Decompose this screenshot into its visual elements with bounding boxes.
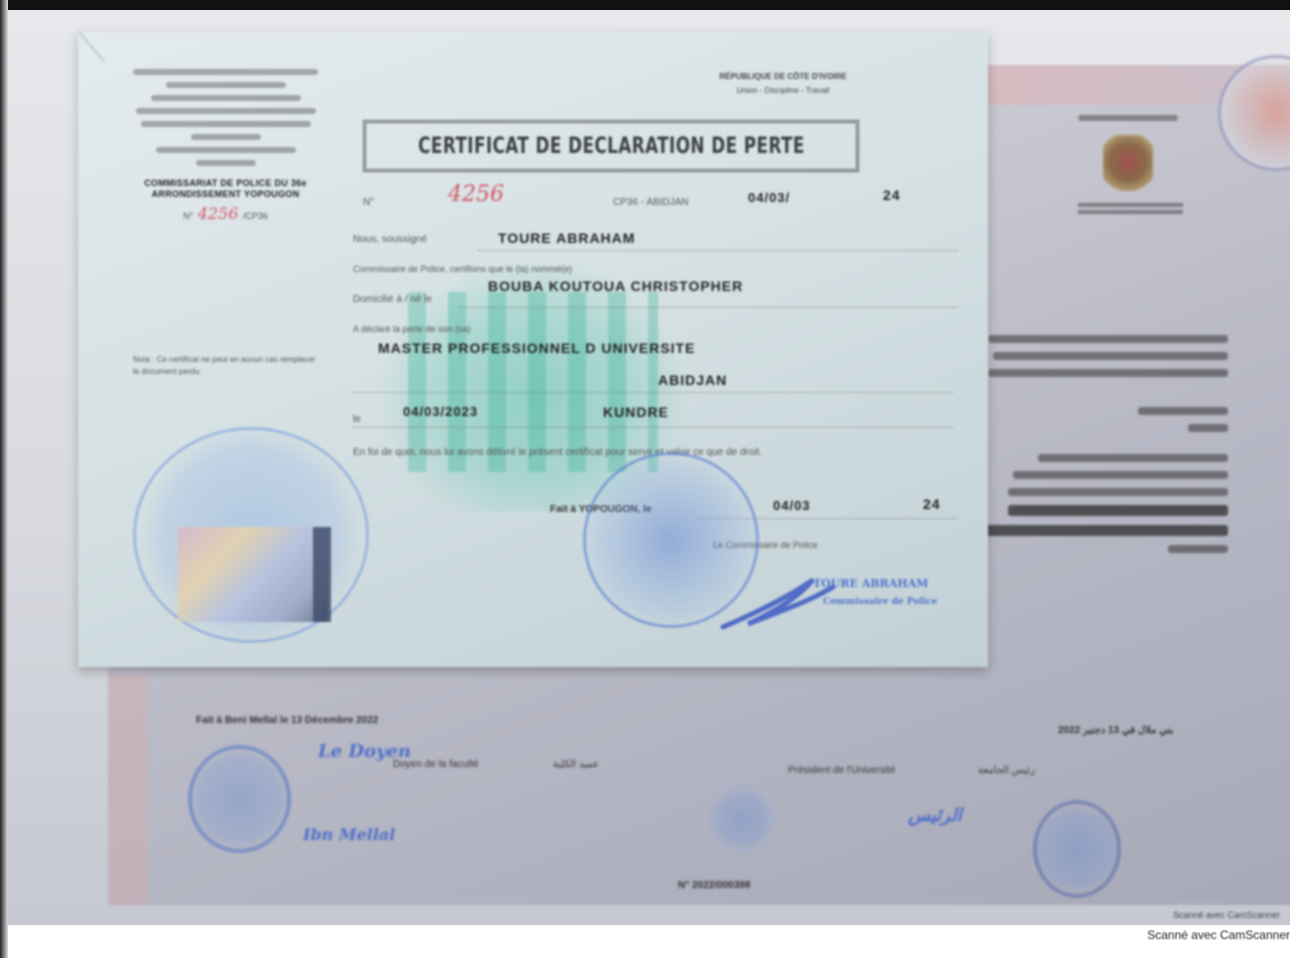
dean-stamp-icon — [188, 745, 291, 853]
signed-year: 24 — [923, 496, 941, 512]
dotted-line — [353, 427, 953, 429]
signed-date: 04/03 — [773, 498, 811, 513]
diploma-line — [1008, 488, 1228, 496]
signature-stamp-title: Commissaire de Police — [823, 597, 937, 607]
dean-signature-name: Ibn Mellal — [303, 825, 395, 844]
diploma-mention — [1168, 545, 1228, 553]
faint-seal-icon — [708, 785, 776, 853]
authority-line — [141, 121, 311, 127]
diploma-university-name — [1078, 203, 1183, 217]
diploma-president-fr: Président de l'Université — [788, 765, 896, 776]
hologram-barcode — [313, 527, 331, 622]
republic-header: RÉPUBLIQUE DE CÔTE D'IVOIRE Union - Disc… — [688, 70, 878, 98]
dotted-line — [353, 392, 953, 394]
officer-label: Nous, soussigné — [353, 234, 427, 245]
lost-item: MASTER PROFESSIONNEL D UNIVERSITE — [378, 340, 695, 356]
police-station: COMMISSARIAT DE POLICE DU 36e ARRONDISSE… — [128, 178, 323, 200]
officer-name: TOURE ABRAHAM — [498, 230, 635, 246]
diploma-header-text — [1078, 115, 1178, 121]
authority-line — [196, 160, 256, 166]
authority-line — [133, 69, 318, 75]
declarant-name: BOUBA KOUTOUA CHRISTOPHER — [488, 278, 743, 294]
certificate-number: 4256 — [448, 182, 504, 207]
document-photo: Fait à Beni Mellal le 13 Décembre 2022 ب… — [8, 10, 1290, 925]
loss-declaration-certificate: COMMISSARIAT DE POLICE DU 36e ARRONDISSE… — [78, 32, 988, 667]
diploma-border-left — [108, 675, 148, 905]
page-fold — [78, 5, 136, 63]
left-number-suffix: /CP36 — [243, 211, 268, 221]
declarant-label: Commissaire de Police, certifions que le… — [353, 264, 572, 274]
republic-name: RÉPUBLIQUE DE CÔTE D'IVOIRE — [688, 70, 878, 84]
certificate-note: Nota : Ce certificat ne peut en aucun ca… — [133, 354, 323, 378]
republic-motto: Union - Discipline - Travail — [688, 84, 878, 98]
diploma-serial: N° 2022/000398 — [678, 880, 750, 891]
issue-year: 24 — [883, 187, 901, 203]
diploma-line — [988, 369, 1228, 377]
diploma-line — [1138, 407, 1228, 415]
authority-line — [156, 147, 296, 153]
diploma-line — [993, 352, 1228, 360]
authority-line — [151, 95, 301, 101]
president-stamp-icon — [1033, 800, 1121, 898]
issuing-authority: COMMISSARIAT DE POLICE DU 36e ARRONDISSE… — [128, 62, 323, 224]
left-number-value: 4256 — [198, 204, 239, 223]
lost-place: ABIDJAN — [658, 372, 727, 388]
diploma-delivered-fr: Fait à Beni Mellal le 13 Décembre 2022 — [196, 715, 378, 726]
diploma-line — [1188, 424, 1228, 432]
dotted-line — [478, 250, 958, 252]
diploma-dean-ar: عميد الكلية — [553, 759, 599, 770]
lost-item-label: A déclaré la perte de son (sa) — [353, 324, 471, 334]
diploma-line — [988, 335, 1228, 343]
declared-label: Domicilié à / né le — [353, 294, 432, 305]
security-hologram — [178, 527, 328, 622]
certificate-title-box: CERTIFICAT DE DECLARATION DE PERTE — [363, 120, 859, 172]
authority-line — [166, 82, 286, 88]
president-signature: الرئيس — [908, 805, 962, 826]
diploma-specialty — [978, 525, 1228, 536]
diploma-degree — [1008, 505, 1228, 516]
lost-location: KUNDRE — [603, 404, 669, 420]
authority-line — [136, 108, 316, 114]
number-label: N° — [363, 197, 374, 208]
signature-stamp-name: TOURE ABRAHAM — [813, 577, 928, 590]
diploma-arabic-body — [978, 335, 1228, 562]
place-label: CP36 - ABIDJAN — [613, 197, 689, 208]
coat-of-arms-icon — [1103, 135, 1153, 195]
diploma-delivered-ar: بني ملال في 13 دجنبر 2022 — [1058, 725, 1173, 736]
dean-signature: Le Doyen — [318, 741, 411, 762]
authority-line — [191, 134, 261, 140]
diploma-president-ar: رئيس الجامعة — [978, 765, 1035, 776]
inner-scan-note: Scanné avec CamScanner — [1173, 910, 1280, 920]
issue-date: 04/03/ — [748, 190, 790, 205]
lost-date: 04/03/2023 — [403, 404, 478, 419]
diploma-line — [1038, 454, 1228, 462]
closing-text: En foi de quoi, nous lui avons délivré l… — [353, 440, 873, 466]
left-number-label: N° — [183, 211, 193, 221]
dotted-line — [458, 307, 958, 309]
scan-left-border — [0, 0, 8, 958]
diploma-line — [1013, 471, 1228, 479]
lost-on-label: le — [353, 414, 361, 425]
certificate-title: CERTIFICAT DE DECLARATION DE PERTE — [418, 134, 805, 159]
scan-watermark: Scanné avec CamScanner — [1147, 928, 1290, 942]
